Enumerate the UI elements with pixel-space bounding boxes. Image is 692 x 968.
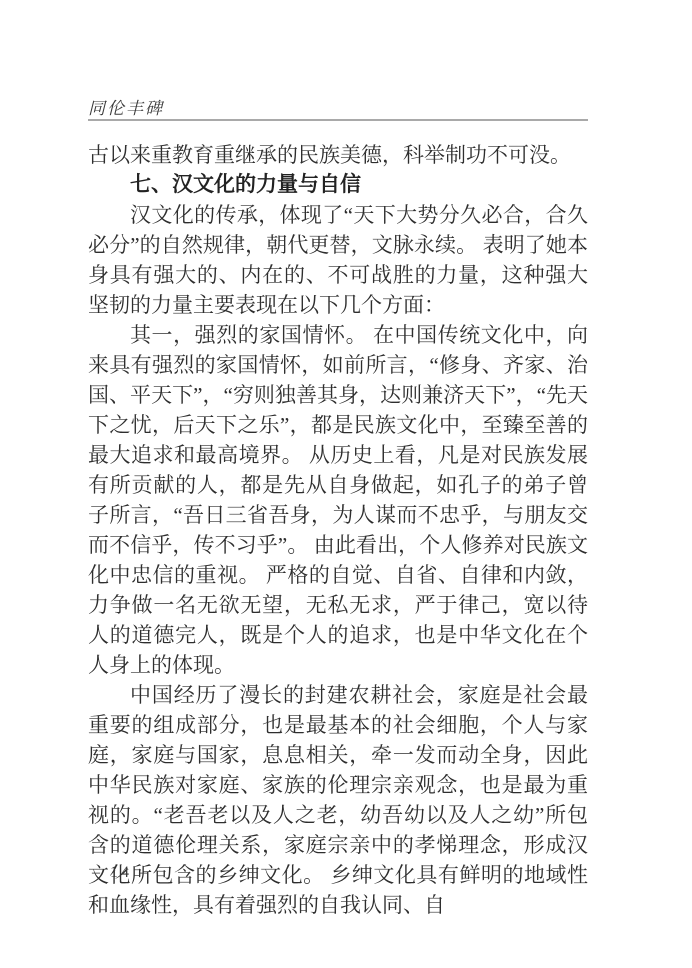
paragraph: 汉文化的传承，体现了“天下大势分久必合，合久必分”的自然规律，朝代更替，文脉永续… [88, 200, 588, 320]
paragraph-continuation: 古以来重教育重继承的民族美德，科举制功不可没。 [88, 140, 588, 170]
body-text: 古以来重教育重继承的民族美德，科举制功不可没。 七、汉文化的力量与自信 汉文化的… [88, 140, 588, 920]
paragraph: 中国经历了漫长的封建农耕社会，家庭是社会最重要的组成部分，也是最基本的社会细胞，… [88, 680, 588, 920]
running-header-title: 同伦丰碑 [88, 99, 164, 118]
page-number: – 14 – [92, 864, 150, 882]
section-heading: 七、汉文化的力量与自信 [88, 170, 588, 200]
header-rule [88, 119, 588, 121]
running-header: 同伦丰碑 [88, 94, 588, 119]
book-page: 同伦丰碑 古以来重教育重继承的民族美德，科举制功不可没。 七、汉文化的力量与自信… [0, 0, 692, 968]
paragraph: 其一，强烈的家国情怀。 在中国传统文化中，向来具有强烈的家国情怀，如前所言，“修… [88, 320, 588, 680]
